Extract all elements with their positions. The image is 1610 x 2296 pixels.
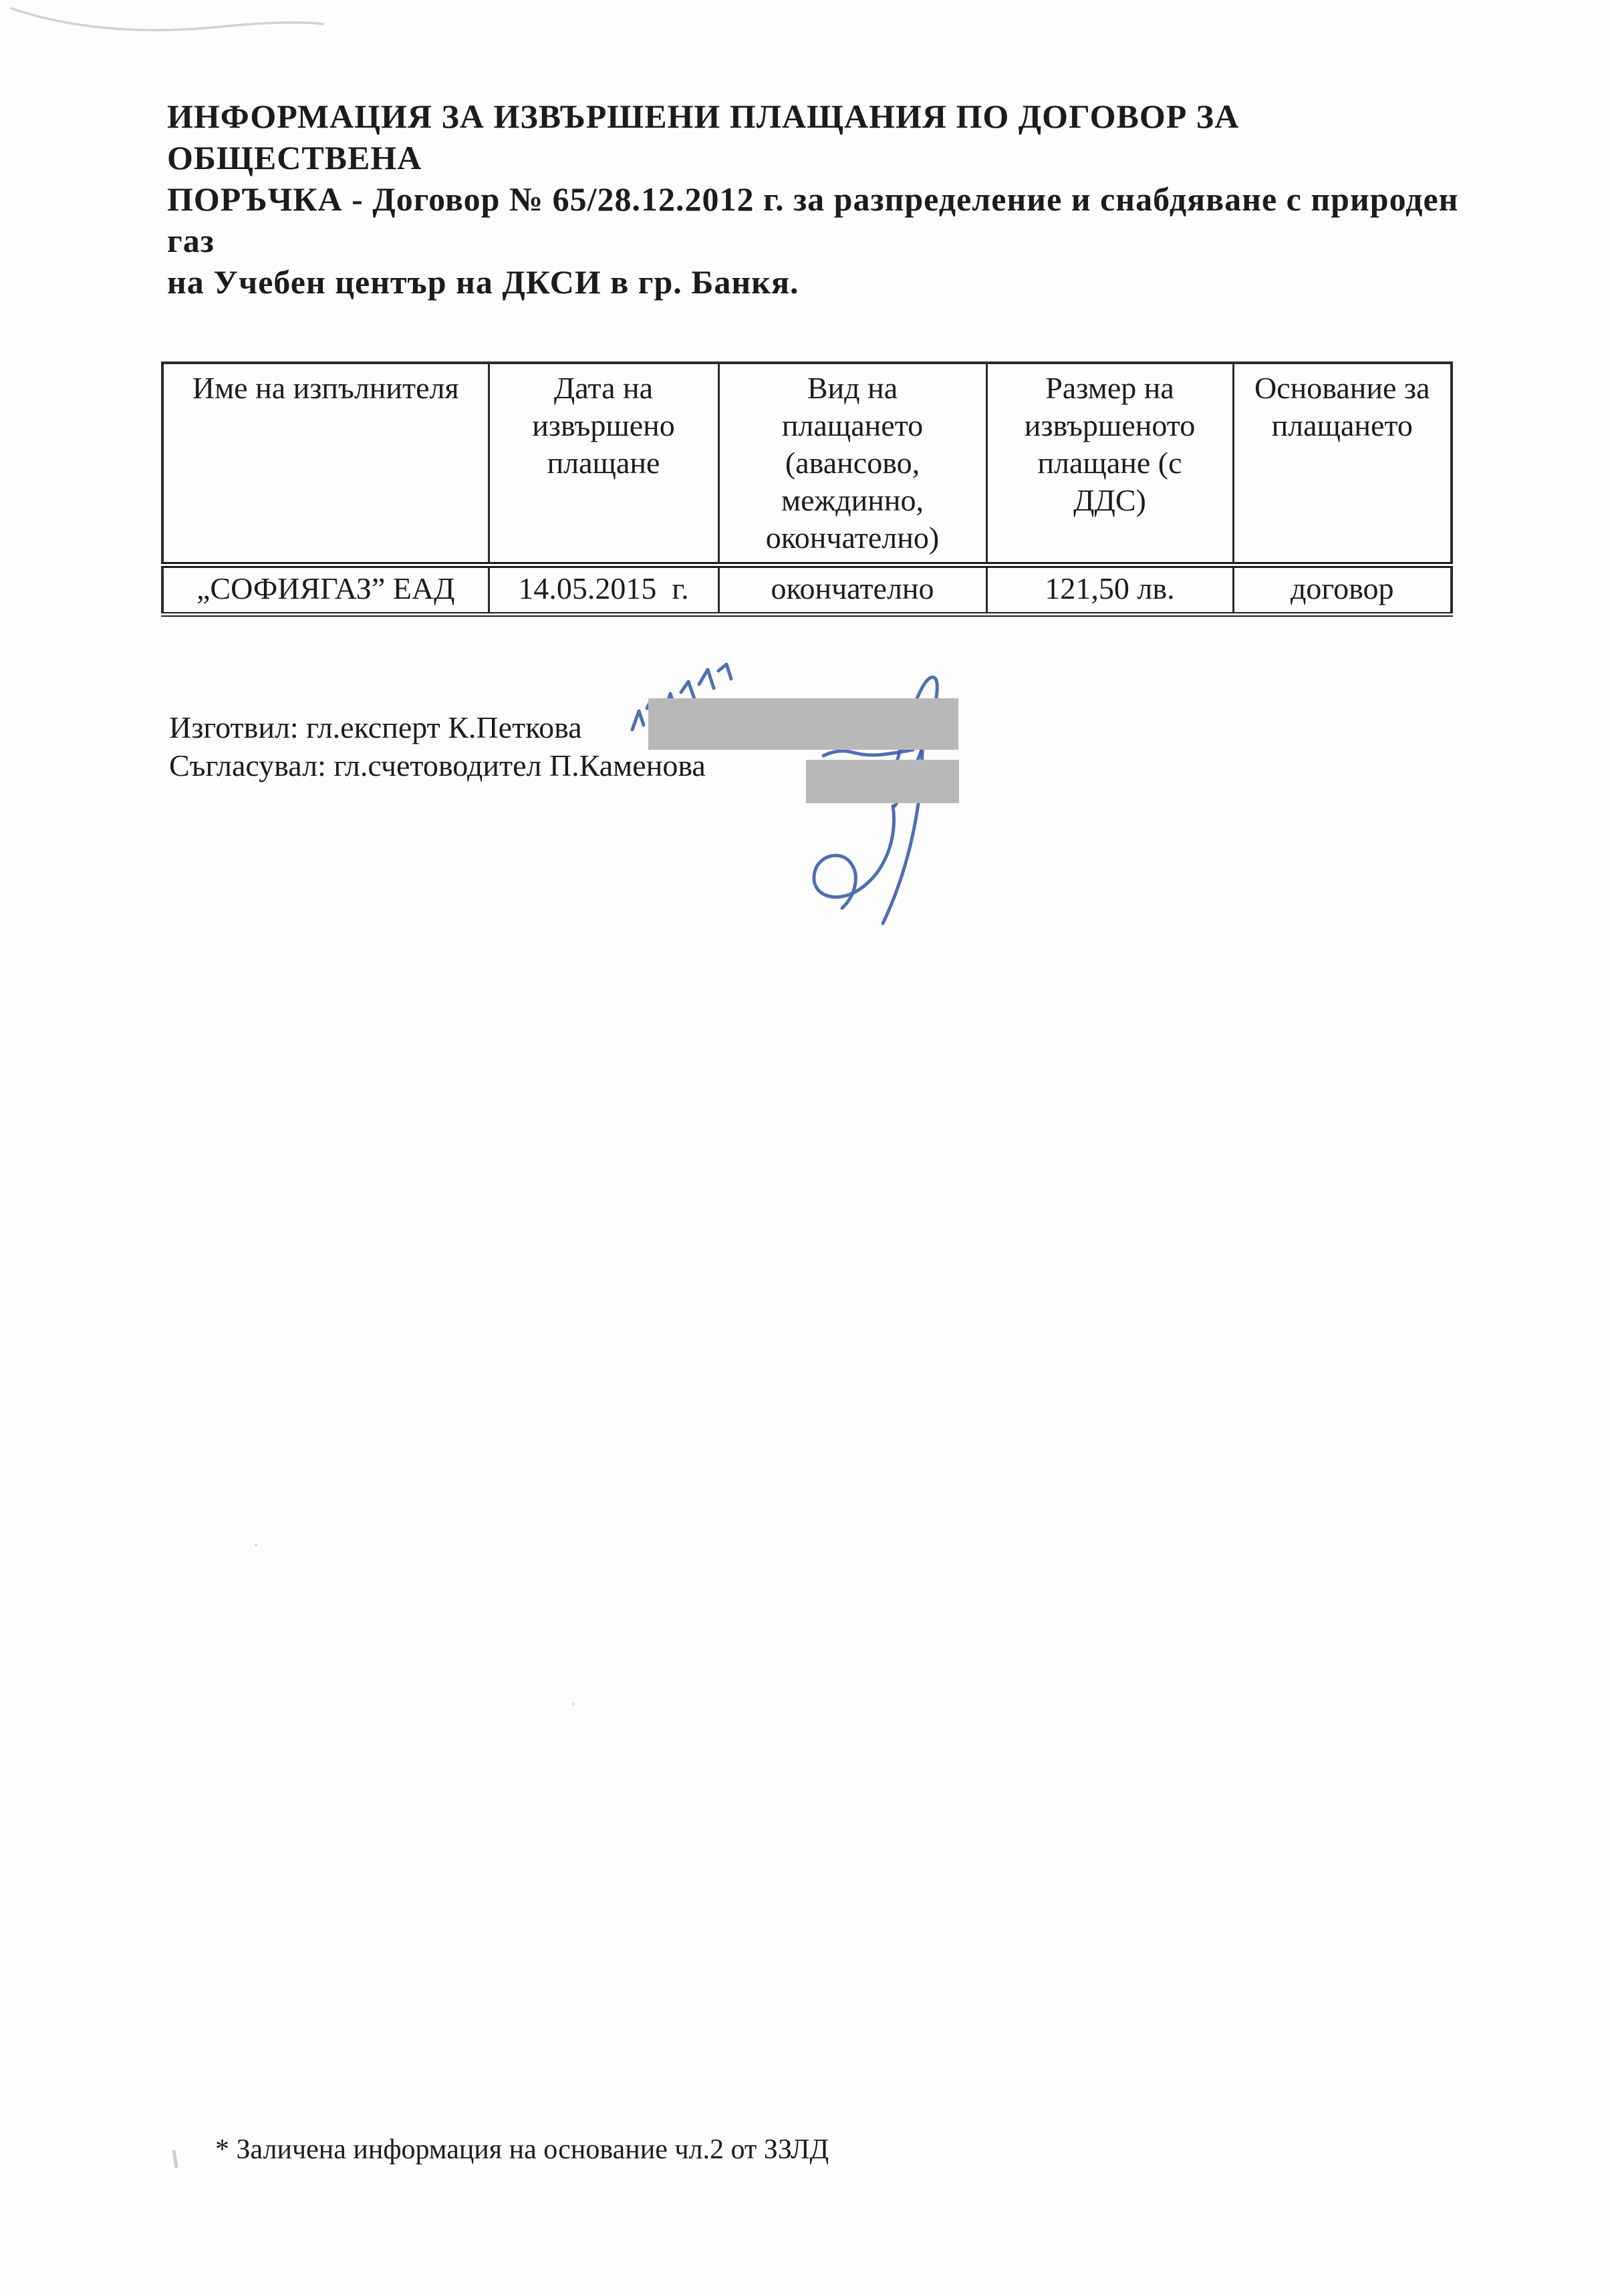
header-line: Размер на	[990, 370, 1230, 407]
title-line-1: ИНФОРМАЦИЯ ЗА ИЗВЪРШЕНИ ПЛАЩАНИЯ ПО ДОГО…	[167, 96, 1477, 178]
signature-stroke-5	[814, 806, 894, 908]
header-payment-type: Вид на плащането (авансово, междинно, ок…	[718, 363, 986, 565]
scanned-document-page: ИНФОРМАЦИЯ ЗА ИЗВЪРШЕНИ ПЛАЩАНИЯ ПО ДОГО…	[0, 0, 1610, 2296]
redaction-box-prepared-by	[648, 698, 958, 750]
header-line: извършено	[493, 407, 715, 444]
header-line: междинно,	[722, 482, 983, 519]
header-line: плащане	[493, 444, 715, 482]
header-line: Основание за	[1237, 370, 1448, 407]
cell-payment-date: 14.05.2015 г.	[489, 565, 718, 615]
title-line-3: на Учебен център на ДКСИ в гр. Банкя.	[167, 261, 1477, 303]
cell-payment-amount: 121,50 лв.	[986, 565, 1233, 615]
footnote: * Заличена информация на основание чл.2 …	[215, 2134, 829, 2166]
header-line: извършеното	[990, 407, 1230, 444]
table-row: „СОФИЯГАЗ” ЕАД 14.05.2015 г. окончателно…	[162, 565, 1452, 615]
header-line: плащането	[722, 407, 983, 444]
payments-table: Име на изпълнителя Дата на извършено пла…	[161, 362, 1453, 617]
header-line: Дата на	[493, 370, 715, 407]
title-line-2: ПОРЪЧКА - Договор № 65/28.12.2012 г. за …	[167, 178, 1477, 261]
header-contractor: Име на изпълнителя	[162, 363, 489, 565]
header-line: ДДС)	[990, 482, 1230, 519]
scan-artifacts	[0, 0, 1610, 2296]
header-payment-grounds: Основание за плащането	[1233, 363, 1452, 565]
header-line: плащането	[1237, 407, 1448, 444]
header-payment-amount: Размер на извършеното плащане (с ДДС)	[986, 363, 1233, 565]
header-line: Име на изпълнителя	[166, 370, 485, 407]
cell-contractor: „СОФИЯГАЗ” ЕАД	[162, 565, 489, 615]
header-line: окончателно)	[722, 519, 983, 557]
cell-payment-type: окончателно	[718, 565, 986, 615]
signature-stroke-1	[632, 703, 650, 730]
header-line: Вид на	[722, 370, 983, 407]
cell-payment-grounds: договор	[1233, 565, 1452, 615]
header-line: (авансово,	[722, 444, 983, 482]
table-header-row: Име на изпълнителя Дата на извършено пла…	[162, 363, 1452, 565]
redaction-box-approved-by	[806, 760, 959, 803]
document-title: ИНФОРМАЦИЯ ЗА ИЗВЪРШЕНИ ПЛАЩАНИЯ ПО ДОГО…	[167, 96, 1477, 303]
header-line: плащане (с	[990, 444, 1230, 482]
header-payment-date: Дата на извършено плащане	[489, 363, 718, 565]
